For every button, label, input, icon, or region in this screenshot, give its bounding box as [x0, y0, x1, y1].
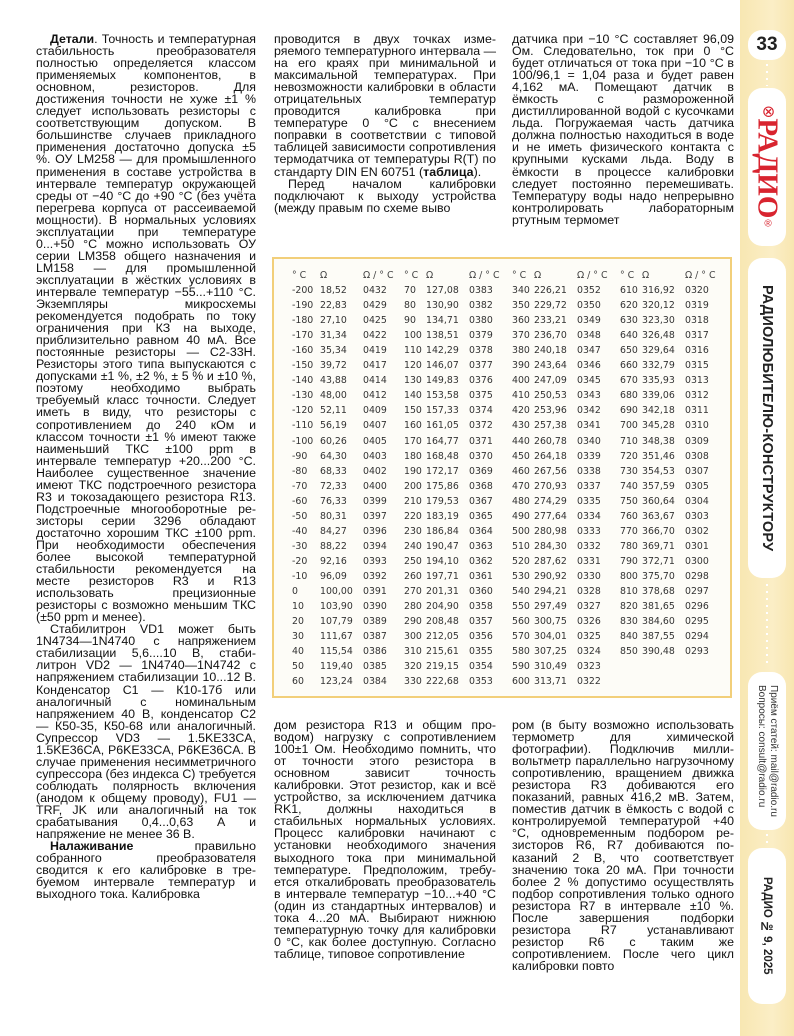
table-row: 100138,510379: [404, 328, 512, 343]
cell-temperature: -60: [292, 496, 320, 507]
radio-antenna-icon: ⊗: [760, 105, 777, 118]
cell-coefficient: 0322: [577, 676, 620, 687]
header-temperature: ° C: [292, 270, 320, 281]
cell-coefficient: 0348: [577, 330, 620, 341]
table-row: 710348,380309: [620, 434, 717, 449]
cell-temperature: 90: [404, 315, 426, 326]
cell-temperature: 550: [512, 601, 534, 612]
table-row: 580307,250324: [512, 644, 620, 659]
table-row: 510284,300332: [512, 539, 620, 554]
table-row: 770366,700302: [620, 524, 717, 539]
cell-temperature: 740: [620, 481, 642, 492]
cell-resistance: 56,19: [320, 420, 363, 431]
cell-coefficient: 0412: [363, 390, 404, 401]
header-coefficient: Ω / ° C: [363, 270, 404, 281]
cell-resistance: 290,92: [534, 571, 577, 582]
table-row: 310215,610355: [404, 644, 512, 659]
table-row: 670335,930313: [620, 373, 717, 388]
table-row: 550297,490327: [512, 599, 620, 614]
cell-resistance: 134,71: [426, 315, 469, 326]
table-row: -16035,340419: [292, 343, 404, 358]
cell-coefficient: 0367: [469, 496, 512, 507]
dotted-divider: [766, 584, 768, 668]
table-row: 450264,180339: [512, 449, 620, 464]
cell-resistance: 107,79: [320, 616, 363, 627]
issue-badge: РАДИО № 9, 2025: [748, 848, 786, 1004]
table-row: 610316,920320: [620, 283, 717, 298]
cell-coefficient: 0318: [685, 315, 717, 326]
table-row: 320219,150354: [404, 659, 512, 674]
cell-resistance: 197,71: [426, 571, 469, 582]
table-header-row: ° CΩΩ / ° C: [512, 268, 620, 283]
table-row: 0100,000391: [292, 584, 404, 599]
cell-coefficient: 0308: [685, 451, 717, 462]
cell-temperature: 170: [404, 436, 426, 447]
table-row: -14043,880414: [292, 373, 404, 388]
table-row: 730354,530307: [620, 464, 717, 479]
cell-resistance: 22,83: [320, 300, 363, 311]
table-row: 390243,640346: [512, 358, 620, 373]
table-row: 850390,480293: [620, 644, 717, 659]
questions-email: Вопросы: consult@radio.ru: [755, 685, 767, 817]
cell-coefficient: 0338: [577, 466, 620, 477]
cell-temperature: 680: [620, 390, 642, 401]
table-row: 660332,790315: [620, 358, 717, 373]
table-row: 440260,780340: [512, 434, 620, 449]
cell-temperature: 240: [404, 541, 426, 552]
cell-temperature: 400: [512, 375, 534, 386]
cell-temperature: 450: [512, 451, 534, 462]
paragraph-before-calibration: Перед началом калибровки подключают к вы…: [274, 178, 496, 214]
cell-resistance: 236,70: [534, 330, 577, 341]
cell-resistance: 323,30: [642, 315, 685, 326]
table-header-row: ° CΩΩ / ° C: [620, 268, 717, 283]
cell-resistance: 168,48: [426, 451, 469, 462]
cell-temperature: 220: [404, 511, 426, 522]
cell-coefficient: 0393: [363, 556, 404, 567]
paragraph-calibration-points: проводится в двух точках изме­ряемого те…: [274, 33, 496, 178]
cell-temperature: -140: [292, 375, 320, 386]
cell-temperature: -70: [292, 481, 320, 492]
cell-coefficient: 0317: [685, 330, 717, 341]
table-row: 80130,900382: [404, 298, 512, 313]
table-row: -10060,260405: [292, 434, 404, 449]
cell-temperature: 460: [512, 466, 534, 477]
cell-resistance: 164,77: [426, 436, 469, 447]
cell-temperature: -180: [292, 315, 320, 326]
cell-coefficient: 0386: [363, 646, 404, 657]
table-row: 650329,640316: [620, 343, 717, 358]
cell-temperature: 290: [404, 616, 426, 627]
cell-resistance: 233,21: [534, 315, 577, 326]
table-row: -15039,720417: [292, 358, 404, 373]
cell-coefficient: 0380: [469, 315, 512, 326]
header-temperature: ° C: [404, 270, 426, 281]
cell-temperature: 180: [404, 451, 426, 462]
cell-resistance: 250,53: [534, 390, 577, 401]
table-row: 300212,050356: [404, 629, 512, 644]
cell-resistance: 72,33: [320, 481, 363, 492]
cell-temperature: 480: [512, 496, 534, 507]
cell-temperature: 70: [404, 285, 426, 296]
cell-temperature: 830: [620, 616, 642, 627]
cell-coefficient: 0342: [577, 405, 620, 416]
table-row: 260197,710361: [404, 569, 512, 584]
table-row: 490277,640334: [512, 509, 620, 524]
cell-temperature: 770: [620, 526, 642, 537]
cell-temperature: -150: [292, 360, 320, 371]
cell-resistance: 229,72: [534, 300, 577, 311]
cell-resistance: 39,72: [320, 360, 363, 371]
cell-temperature: 580: [512, 646, 534, 657]
table-row: -6076,330399: [292, 494, 404, 509]
cell-resistance: 35,34: [320, 345, 363, 356]
table-row: 750360,640304: [620, 494, 717, 509]
cell-resistance: 257,38: [534, 420, 577, 431]
cell-temperature: 710: [620, 436, 642, 447]
cell-temperature: 500: [512, 526, 534, 537]
cell-resistance: 204,90: [426, 601, 469, 612]
cell-coefficient: 0298: [685, 571, 717, 582]
cell-temperature: 210: [404, 496, 426, 507]
cell-temperature: -80: [292, 466, 320, 477]
table-row: 700345,280310: [620, 418, 717, 433]
cell-resistance: 345,28: [642, 420, 685, 431]
article-column-right-bottom: ром (в быту возможно использо­вать термо…: [512, 719, 734, 972]
table-row: 50119,400385: [292, 659, 404, 674]
cell-resistance: 127,08: [426, 285, 469, 296]
table-row: 470270,930337: [512, 479, 620, 494]
cell-resistance: 297,49: [534, 601, 577, 612]
cell-temperature: -90: [292, 451, 320, 462]
cell-resistance: 274,29: [534, 496, 577, 507]
cell-coefficient: 0296: [685, 601, 717, 612]
cell-temperature: 760: [620, 511, 642, 522]
cell-temperature: -120: [292, 405, 320, 416]
cell-temperature: -100: [292, 436, 320, 447]
table-row: 200175,860368: [404, 479, 512, 494]
cell-resistance: 68,33: [320, 466, 363, 477]
cell-coefficient: 0409: [363, 405, 404, 416]
cell-coefficient: 0375: [469, 390, 512, 401]
header-temperature: ° C: [620, 270, 642, 281]
cell-coefficient: 0346: [577, 360, 620, 371]
cell-resistance: 243,64: [534, 360, 577, 371]
cell-temperature: 670: [620, 375, 642, 386]
cell-temperature: 300: [404, 631, 426, 642]
cell-temperature: 190: [404, 466, 426, 477]
cell-coefficient: 0417: [363, 360, 404, 371]
table-row: 90134,710380: [404, 313, 512, 328]
table-row: 210179,530367: [404, 494, 512, 509]
table-row: 70127,080383: [404, 283, 512, 298]
cell-resistance: 387,55: [642, 631, 685, 642]
cell-resistance: 18,52: [320, 285, 363, 296]
cell-temperature: 20: [292, 616, 320, 627]
cell-temperature: 80: [404, 300, 426, 311]
cell-resistance: 280,98: [534, 526, 577, 537]
cell-resistance: 175,86: [426, 481, 469, 492]
cell-temperature: 780: [620, 541, 642, 552]
article-column-middle-top: проводится в двух точках изме­ряемого те…: [274, 33, 496, 214]
table-row: 430257,380341: [512, 418, 620, 433]
table-row: 140153,580375: [404, 388, 512, 403]
cell-coefficient: 0358: [469, 601, 512, 612]
issue-label: РАДИО № 9, 2025: [761, 877, 773, 975]
cell-temperature: 630: [620, 315, 642, 326]
paragraph-millivoltmeter: ром (в быту возможно использо­вать термо…: [512, 719, 734, 972]
table-row: 570304,010325: [512, 629, 620, 644]
cell-resistance: 310,49: [534, 661, 577, 672]
table-row: 350229,720350: [512, 298, 620, 313]
cell-coefficient: 0343: [577, 390, 620, 401]
cell-temperature: 610: [620, 285, 642, 296]
table-row: 460267,560338: [512, 464, 620, 479]
table-row: 800375,700298: [620, 569, 717, 584]
cell-temperature: 0: [292, 586, 320, 597]
table-row: -19022,830429: [292, 298, 404, 313]
table-row: 690342,180311: [620, 403, 717, 418]
cell-resistance: 316,92: [642, 285, 685, 296]
table-row: 530290,920330: [512, 569, 620, 584]
cell-temperature: 530: [512, 571, 534, 582]
cell-coefficient: 0371: [469, 436, 512, 447]
table-row: -3088,220394: [292, 539, 404, 554]
cell-resistance: 304,01: [534, 631, 577, 642]
cell-temperature: -20: [292, 556, 320, 567]
cell-resistance: 260,78: [534, 436, 577, 447]
cell-resistance: 179,53: [426, 496, 469, 507]
table-row: 290208,480357: [404, 614, 512, 629]
cell-coefficient: 0402: [363, 466, 404, 477]
cell-resistance: 123,24: [320, 676, 363, 687]
cell-temperature: 140: [404, 390, 426, 401]
cell-temperature: 560: [512, 616, 534, 627]
cell-resistance: 88,22: [320, 541, 363, 552]
cell-resistance: 186,84: [426, 526, 469, 537]
cell-resistance: 190,47: [426, 541, 469, 552]
rtd-resistance-table: ° CΩΩ / ° C-20018,520432-19022,830429-18…: [272, 257, 732, 698]
cell-resistance: 226,21: [534, 285, 577, 296]
cell-temperature: 380: [512, 345, 534, 356]
cell-resistance: 80,31: [320, 511, 363, 522]
cell-resistance: 267,56: [534, 466, 577, 477]
cell-temperature: 280: [404, 601, 426, 612]
cell-resistance: 313,71: [534, 676, 577, 687]
cell-resistance: 60,26: [320, 436, 363, 447]
article-column-middle-bottom: дом резистора R13 и общим про­водом) наг…: [274, 719, 496, 960]
table-row: 590310,490323: [512, 659, 620, 674]
cell-resistance: 130,90: [426, 300, 469, 311]
header-coefficient: Ω / ° C: [577, 270, 620, 281]
table-row: -20018,520432: [292, 283, 404, 298]
cell-coefficient: 0297: [685, 586, 717, 597]
cell-coefficient: 0369: [469, 466, 512, 477]
cell-temperature: -30: [292, 541, 320, 552]
cell-resistance: 369,71: [642, 541, 685, 552]
cell-resistance: 360,64: [642, 496, 685, 507]
cell-resistance: 100,00: [320, 586, 363, 597]
cell-temperature: 360: [512, 315, 534, 326]
table-row: 620320,120319: [620, 298, 717, 313]
cell-temperature: 150: [404, 405, 426, 416]
cell-coefficient: 0405: [363, 436, 404, 447]
cell-coefficient: 0363: [469, 541, 512, 552]
table-row: 830384,600295: [620, 614, 717, 629]
cell-coefficient: 0425: [363, 315, 404, 326]
cell-coefficient: 0339: [577, 451, 620, 462]
cell-temperature: 440: [512, 436, 534, 447]
table-row: -18027,100425: [292, 313, 404, 328]
cell-temperature: 370: [512, 330, 534, 341]
cell-resistance: 390,48: [642, 646, 685, 657]
cell-coefficient: 0324: [577, 646, 620, 657]
cell-temperature: 260: [404, 571, 426, 582]
table-grid: ° CΩΩ / ° C-20018,520432-19022,830429-18…: [292, 268, 720, 689]
cell-resistance: 339,06: [642, 390, 685, 401]
table-row: 720351,460308: [620, 449, 717, 464]
cell-resistance: 52,11: [320, 405, 363, 416]
cell-resistance: 329,64: [642, 345, 685, 356]
table-row: -5080,310397: [292, 509, 404, 524]
cell-resistance: 366,70: [642, 526, 685, 537]
table-row: 780369,710301: [620, 539, 717, 554]
cell-resistance: 357,59: [642, 481, 685, 492]
table-row: 810378,680297: [620, 584, 717, 599]
cell-coefficient: 0414: [363, 375, 404, 386]
cell-coefficient: 0316: [685, 345, 717, 356]
cell-temperature: 120: [404, 360, 426, 371]
paragraph-setup: Налаживание правильно собранного преобра…: [36, 840, 256, 900]
table-row: -4084,270396: [292, 524, 404, 539]
cell-temperature: 200: [404, 481, 426, 492]
cell-temperature: -200: [292, 285, 320, 296]
cell-temperature: 50: [292, 661, 320, 672]
cell-coefficient: 0349: [577, 315, 620, 326]
header-resistance: Ω: [534, 270, 577, 281]
cell-coefficient: 0385: [363, 661, 404, 672]
cell-temperature: 800: [620, 571, 642, 582]
dotted-divider: [766, 64, 768, 86]
cell-resistance: 183,19: [426, 511, 469, 522]
cell-resistance: 194,10: [426, 556, 469, 567]
table-row: 250194,100362: [404, 554, 512, 569]
cell-coefficient: 0304: [685, 496, 717, 507]
cell-coefficient: 0354: [469, 661, 512, 672]
table-row: 760363,670303: [620, 509, 717, 524]
cell-temperature: 30: [292, 631, 320, 642]
logo-text: РАДИО: [752, 118, 784, 218]
cell-coefficient: 0390: [363, 601, 404, 612]
dotted-divider: [766, 834, 768, 846]
article-column-right-top: датчика при −10 °С составляет 96,09 Ом. …: [512, 33, 734, 226]
cell-coefficient: 0320: [685, 285, 717, 296]
cell-coefficient: 0347: [577, 345, 620, 356]
table-row: 150157,330374: [404, 403, 512, 418]
table-row: 360233,210349: [512, 313, 620, 328]
cell-coefficient: 0310: [685, 420, 717, 431]
contacts-block: Приём статей: mail@radio.ru Вопросы: con…: [748, 672, 786, 830]
cell-coefficient: 0356: [469, 631, 512, 642]
table-row: 540294,210328: [512, 584, 620, 599]
cell-temperature: 850: [620, 646, 642, 657]
cell-coefficient: 0330: [577, 571, 620, 582]
cell-coefficient: 0379: [469, 330, 512, 341]
table-row: 170164,770371: [404, 434, 512, 449]
cell-coefficient: 0384: [363, 676, 404, 687]
cell-coefficient: 0302: [685, 526, 717, 537]
table-row: 400247,090345: [512, 373, 620, 388]
table-row: 40115,540386: [292, 644, 404, 659]
cell-temperature: -160: [292, 345, 320, 356]
cell-resistance: 332,79: [642, 360, 685, 371]
header-resistance: Ω: [426, 270, 469, 281]
table-column-group: ° CΩΩ / ° C70127,08038380130,90038290134…: [404, 268, 512, 689]
magazine-logo: ⊗РАДИО®: [748, 88, 786, 246]
cell-temperature: 410: [512, 390, 534, 401]
cell-temperature: 40: [292, 646, 320, 657]
header-resistance: Ω: [642, 270, 685, 281]
table-row: 20107,790389: [292, 614, 404, 629]
cell-coefficient: 0307: [685, 466, 717, 477]
paragraph-details: Детали. Точность и темпера­турная стабил…: [36, 33, 256, 623]
cell-resistance: 76,33: [320, 496, 363, 507]
cell-resistance: 277,64: [534, 511, 577, 522]
cell-temperature: -130: [292, 390, 320, 401]
table-row: 500280,980333: [512, 524, 620, 539]
cell-coefficient: 0353: [469, 676, 512, 687]
cell-temperature: -50: [292, 511, 320, 522]
table-row: 410250,530343: [512, 388, 620, 403]
registered-mark: ®: [763, 218, 774, 229]
cell-resistance: 153,58: [426, 390, 469, 401]
cell-coefficient: 0391: [363, 586, 404, 597]
cell-temperature: 250: [404, 556, 426, 567]
table-row: 480274,290335: [512, 494, 620, 509]
cell-coefficient: 0335: [577, 496, 620, 507]
cell-coefficient: 0311: [685, 405, 717, 416]
cell-coefficient: 0350: [577, 300, 620, 311]
details-text: . Точность и темпера­турная стабильность…: [36, 32, 256, 624]
table-row: -2092,160393: [292, 554, 404, 569]
cell-coefficient: 0309: [685, 436, 717, 447]
table-row: -11056,190407: [292, 418, 404, 433]
cell-temperature: 650: [620, 345, 642, 356]
table-row: 370236,700348: [512, 328, 620, 343]
cell-temperature: 640: [620, 330, 642, 341]
cell-temperature: 160: [404, 420, 426, 431]
cell-temperature: 570: [512, 631, 534, 642]
table-row: 240190,470363: [404, 539, 512, 554]
table-column-group: ° CΩΩ / ° C340226,210352350229,720350360…: [512, 268, 620, 689]
header-coefficient: Ω / ° C: [469, 270, 512, 281]
cell-resistance: 48,00: [320, 390, 363, 401]
table-row: 220183,190365: [404, 509, 512, 524]
cell-temperature: 10: [292, 601, 320, 612]
table-row: 10103,900390: [292, 599, 404, 614]
cell-temperature: 340: [512, 285, 534, 296]
cell-resistance: 215,61: [426, 646, 469, 657]
cell-coefficient: 0399: [363, 496, 404, 507]
cell-resistance: 354,53: [642, 466, 685, 477]
cell-coefficient: 0389: [363, 616, 404, 627]
cell-coefficient: 0328: [577, 586, 620, 597]
cell-coefficient: 0387: [363, 631, 404, 642]
cell-temperature: 540: [512, 586, 534, 597]
table-row: -17031,340422: [292, 328, 404, 343]
table-row: -7072,330400: [292, 479, 404, 494]
cell-temperature: 620: [620, 300, 642, 311]
